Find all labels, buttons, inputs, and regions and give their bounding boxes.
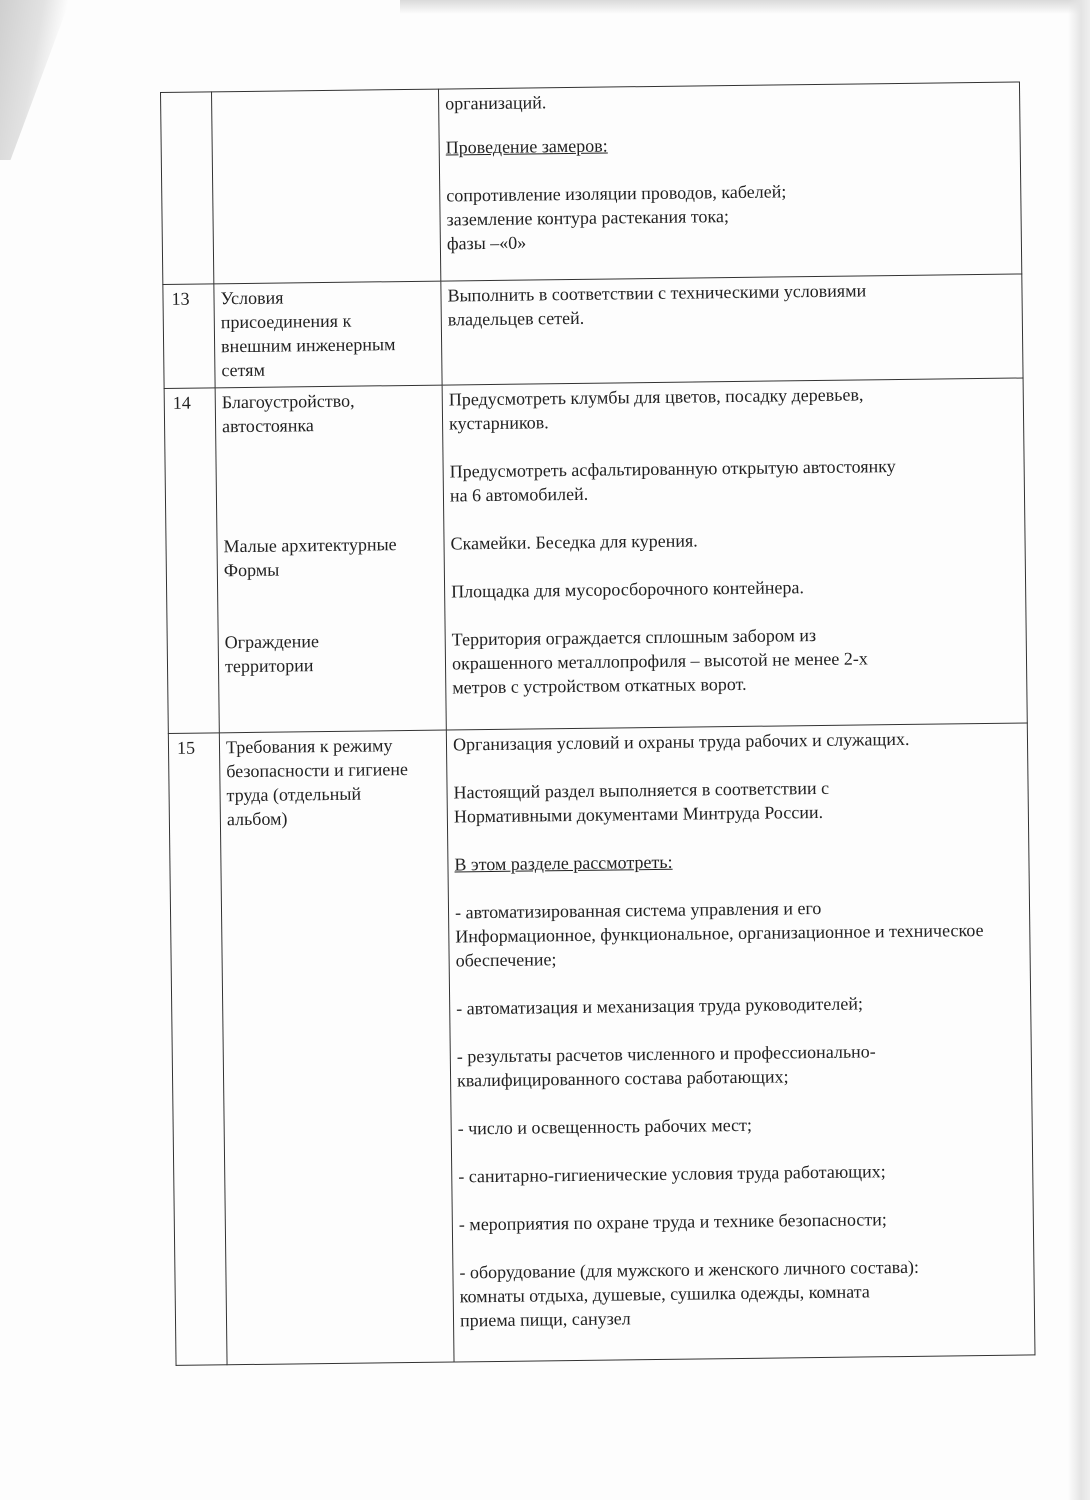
row-number: 13 (163, 284, 215, 389)
row-number: 14 (164, 388, 219, 734)
title-line: сетям (221, 356, 435, 383)
table-row: 13 Условия присоединения к внешним инжен… (163, 274, 1023, 388)
row-body: организаций. Проведение замеров: сопроти… (438, 82, 1021, 281)
title-line: автостоянка (222, 412, 436, 439)
title-line: безопасности и гигиене (226, 757, 440, 784)
scan-shadow-top (400, 0, 1090, 14)
table-row: 15 Требования к режиму безопасности и ги… (168, 723, 1035, 1365)
title-line: труда (отдельный (226, 781, 440, 808)
title-line: Формы (224, 556, 438, 583)
title-line: внешним инженерным (221, 332, 435, 359)
title-line: альбом) (227, 805, 441, 832)
row-body: Организация условий и охраны труда рабоч… (446, 723, 1035, 1362)
row-number: 15 (168, 733, 227, 1366)
title-line: Малые архитектурные (223, 532, 437, 559)
title-line: Ограждение (225, 628, 439, 655)
title-line: Требования к режиму (226, 733, 440, 760)
row-title (212, 89, 441, 284)
row-body: Предусмотреть клумбы для цветов, посадку… (442, 378, 1027, 730)
table-row: организаций. Проведение замеров: сопроти… (161, 82, 1022, 284)
row-number (161, 92, 214, 285)
row-title: Условия присоединения к внешним инженерн… (214, 281, 442, 388)
title-line: территории (225, 652, 439, 679)
row-title: Благоустройство, автостоянка Малые архит… (215, 385, 446, 733)
scan-shadow-corner (0, 0, 70, 160)
scan-shadow-right (1068, 0, 1090, 1500)
title-line: присоединения к (221, 308, 435, 335)
title-line: Условия (220, 284, 434, 311)
row-title: Требования к режиму безопасности и гигие… (219, 730, 454, 1365)
table-row: 14 Благоустройство, автостоянка Малые ар… (164, 378, 1027, 733)
title-line: Благоустройство, (222, 388, 436, 415)
requirements-table: организаций. Проведение замеров: сопроти… (160, 81, 1036, 1365)
row-body: Выполнить в соответствии с техническими … (441, 274, 1023, 385)
